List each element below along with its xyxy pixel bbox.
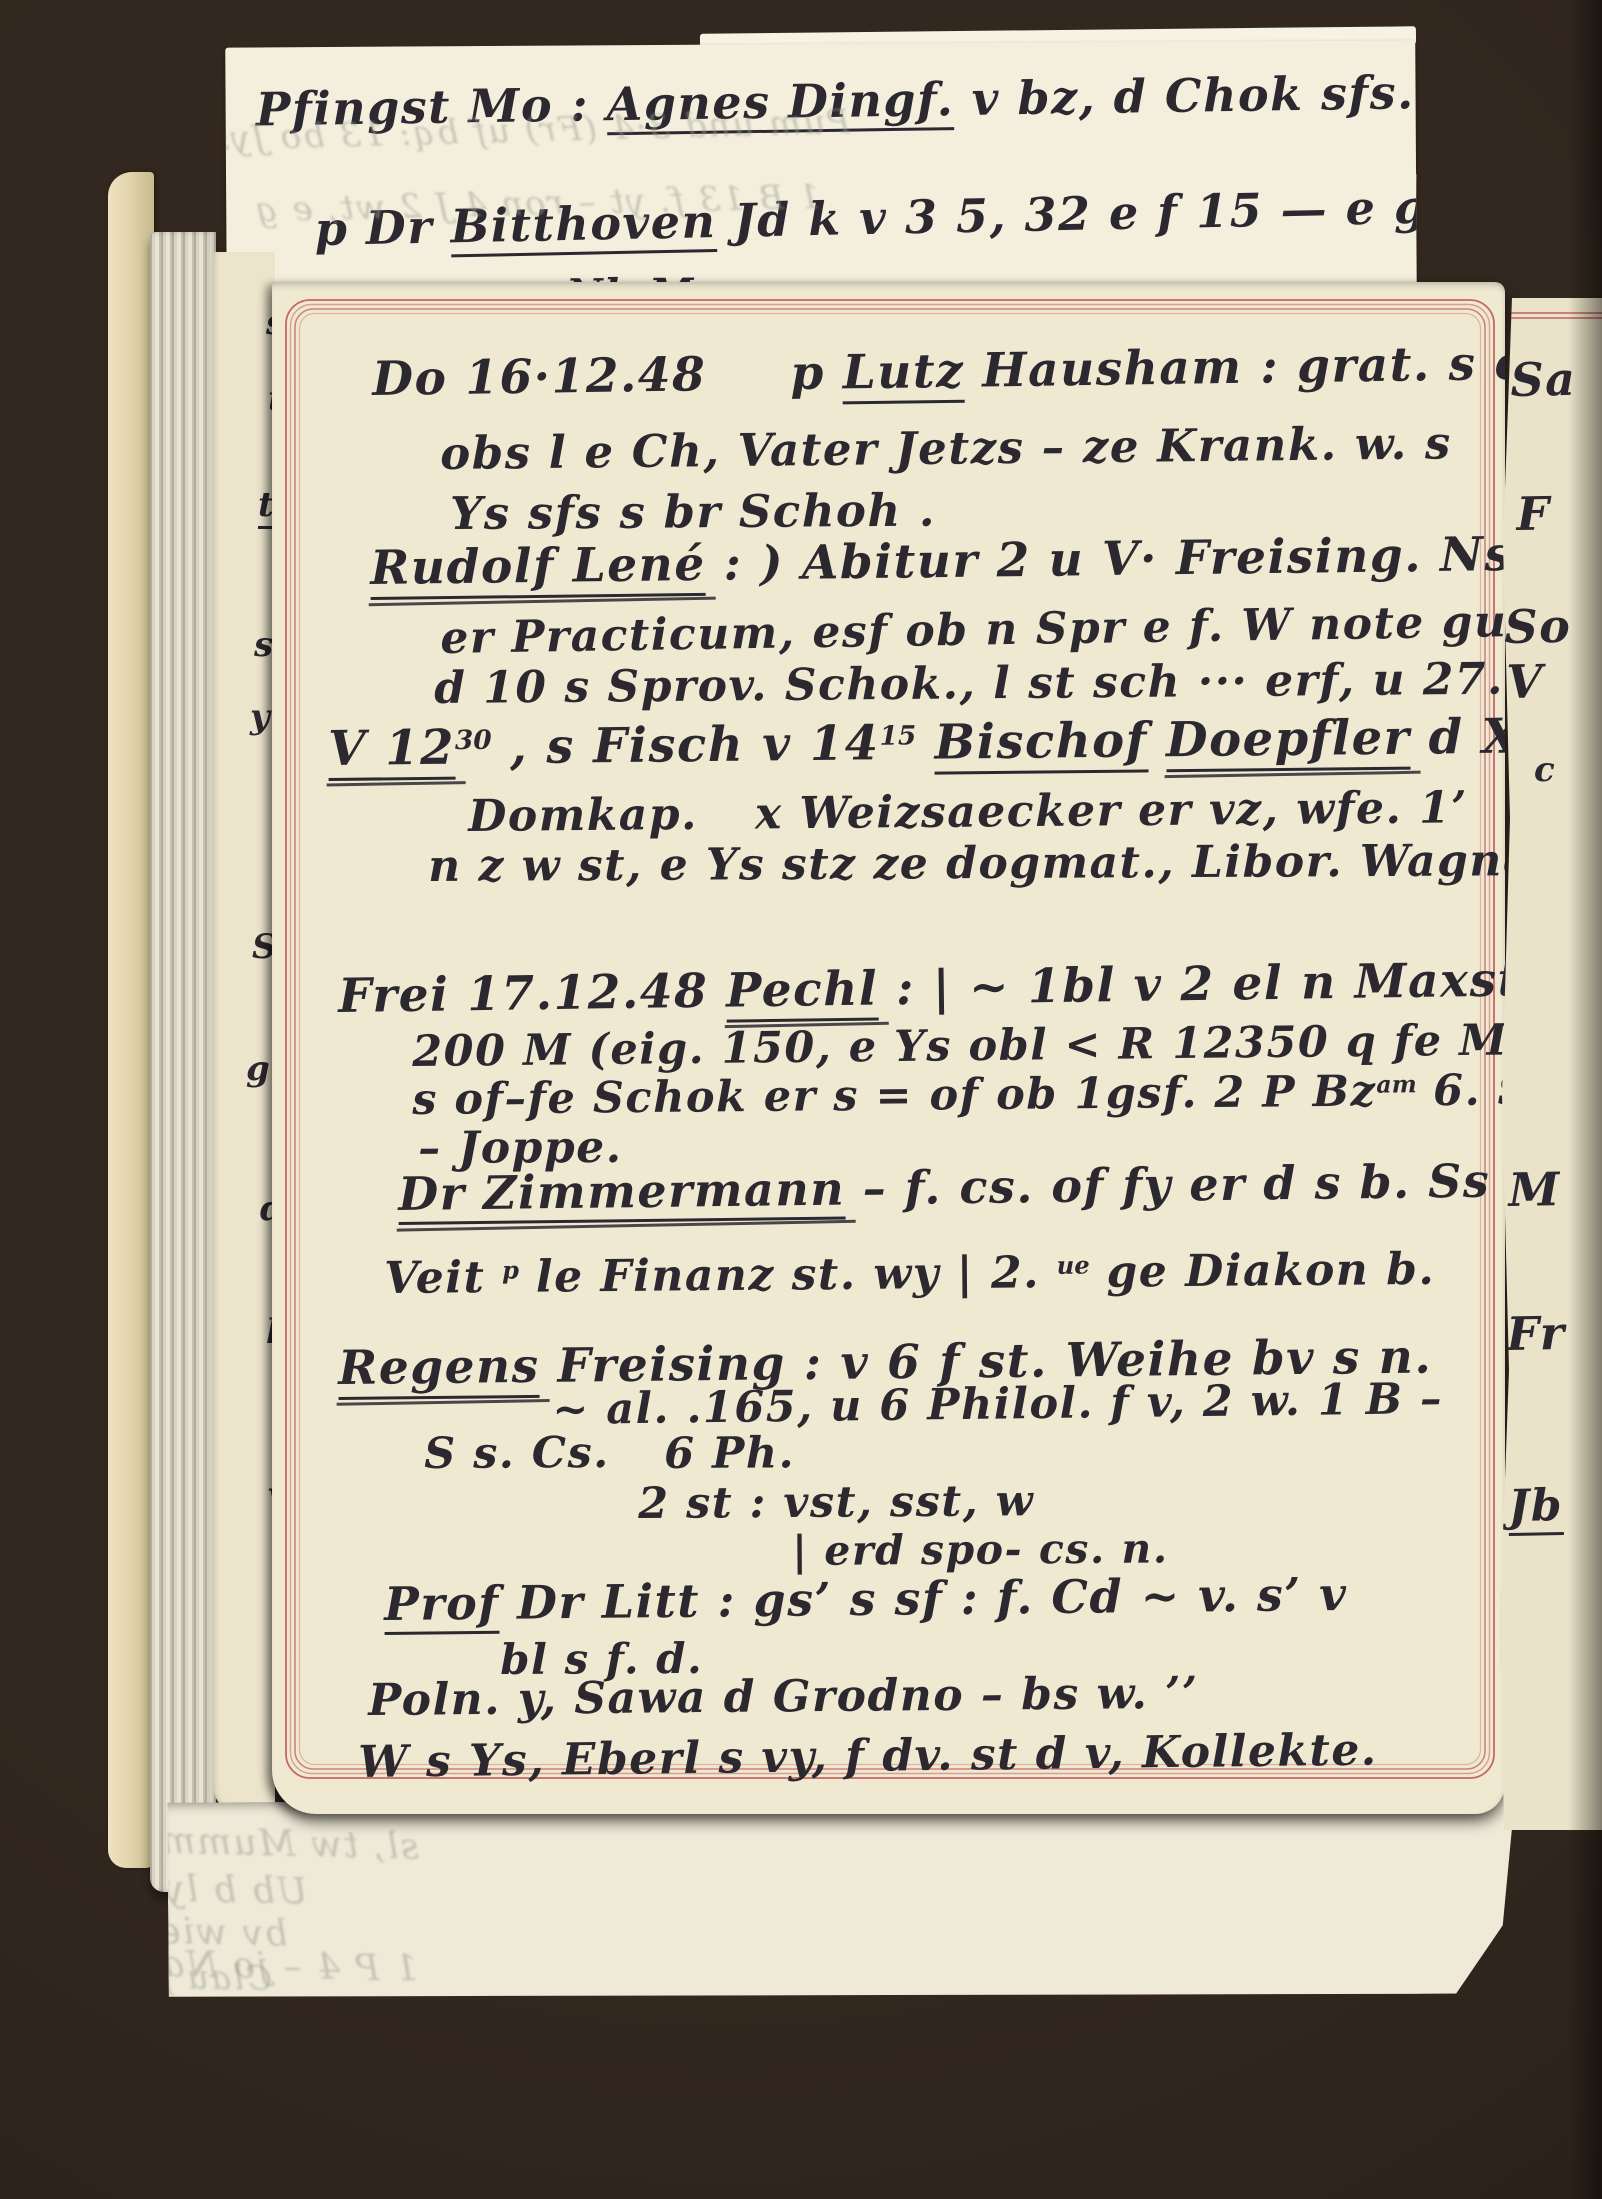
- handwriting-segment: 2 st : vst, sst, w: [638, 1476, 1034, 1529]
- handwriting-segment: Do 16·12.48 p: [372, 345, 843, 407]
- spine-shadow: [1568, 0, 1602, 2199]
- letter-fragment: V: [1506, 657, 1544, 706]
- handwriting-segment: Frei 17.12.48: [338, 964, 726, 1024]
- handwriting-segment: Prof: [384, 1576, 500, 1635]
- handwriting-segment: 15: [879, 720, 916, 751]
- handwritten-line: Prof Dr Litt : gs’ s sf : f. Cd ~ v. s’ …: [384, 1570, 1348, 1628]
- bleed-through-line: Clau fe.: [167, 1959, 272, 1998]
- handwritten-line: 6 Ph.: [664, 1431, 795, 1477]
- handwriting-segment: d XL’: [1410, 708, 1505, 766]
- handwriting-segment: Regens: [338, 1339, 540, 1400]
- handwriting-segment: Domkap. x Weizsaecker er vz, wfe. 1’: [468, 782, 1468, 842]
- handwriting-segment: S s. Cs.: [424, 1428, 610, 1479]
- handwriting-segment: s of–fe Schok er s = of ob 1gsf. 2 P Bz: [412, 1067, 1377, 1125]
- letter-fragment: y: [250, 700, 271, 736]
- handwriting-segment: , s Fisch v 14: [491, 715, 880, 775]
- main-diary-page: Do 16·12.48 p Lutz Hausham : grat. s cs,…: [272, 282, 1505, 1814]
- letter-fragment: Sa: [1510, 355, 1577, 404]
- handwriting-segment: So: [1504, 599, 1572, 654]
- handwritten-line: Domkap. x Weizsaecker er vz, wfe. 1’: [468, 785, 1468, 840]
- handwritten-line: 2 st : vst, sst, w: [638, 1479, 1034, 1527]
- handwriting-segment: 30: [455, 725, 492, 756]
- handwriting-segment: ue: [1057, 1251, 1090, 1280]
- handwritten-line: obs l e Ch, Vater Jetzs – ze Krank. w. s: [440, 419, 1452, 477]
- handwriting-segment: 6. S.: [1416, 1065, 1505, 1116]
- handwriting-segment: g: [246, 1049, 271, 1089]
- bleed-through-line: sl, tw Mummf, yl ju 18 Cafe, Zirschrof, …: [167, 1805, 419, 1867]
- handwriting-segment: Jb: [1508, 1480, 1564, 1536]
- letter-fragment: g: [246, 1052, 271, 1088]
- handwriting-segment: [916, 715, 935, 771]
- page-edges-stack: [150, 232, 216, 1892]
- handwritten-line: W s Ys, Eberl s vy, f dv. st d v, Kollek…: [358, 1728, 1378, 1787]
- handwriting-segment: V 12: [328, 720, 455, 781]
- handwritten-line: Dr Zimmermann – f. cs. of fy er d s b. S…: [398, 1157, 1491, 1219]
- letter-fragment: Jb: [1508, 1483, 1563, 1530]
- handwriting-segment: M: [1508, 1162, 1561, 1217]
- handwriting-segment: Rudolf Lené: [370, 537, 706, 600]
- handwriting-segment: | erd spo- cs. n.: [792, 1524, 1169, 1575]
- handwriting-segment: Hausham : grat. s cs,: [964, 335, 1505, 398]
- letter-fragment: M: [1508, 1165, 1561, 1214]
- bottom-sheet: sl, tw Mummf, yl ju 18 Cafe, Zirschrof, …: [167, 1793, 1516, 2002]
- letter-fragment: c: [1534, 753, 1556, 789]
- handwriting-segment: V: [1506, 654, 1544, 709]
- handwritten-line: ~ al. .165, u 6 Philol. f v, 2 w. 1 B –: [552, 1377, 1443, 1433]
- paper-slip: Pfingst Mo : Agnes Dingf. v bz, d Chok s…: [225, 40, 1417, 297]
- handwriting-segment: v bz, d Chok sfs. Jd h: [954, 63, 1417, 126]
- handwriting-segment: Doepfler: [1166, 710, 1411, 773]
- handwriting-segment: Bischof: [934, 712, 1148, 774]
- handwriting-segment: : | ~ 1bl v 2 el n Maxstr.: [878, 952, 1505, 1017]
- handwriting-segment: c: [1534, 750, 1556, 790]
- handwriting-segment: Ys sfs s br Schoh .: [450, 484, 936, 540]
- handwriting-segment: Jd k v 3 5, 32 e f 15 — e g. R. und: [716, 175, 1417, 248]
- letter-fragment: F: [1516, 489, 1551, 538]
- letter-fragment: So: [1504, 602, 1572, 651]
- previous-page-edge: sttsySgdkv: [213, 252, 275, 1812]
- handwriting-segment: le Finanz st. wy | 2.: [519, 1247, 1057, 1303]
- book-board-edge: [108, 172, 154, 1868]
- handwritten-line: Poln. y, Sawa d Grodno – bs w. ’’: [368, 1671, 1199, 1724]
- handwriting-segment: y: [250, 697, 271, 737]
- handwriting-segment: am: [1376, 1070, 1417, 1098]
- handwriting-segment: Dr Litt : gs’ s sf : f. Cd ~ v. s’ v: [499, 1567, 1348, 1630]
- handwritten-line: s of–fe Schok er s = of ob 1gsf. 2 P Bza…: [412, 1068, 1505, 1123]
- handwritten-line: Rudolf Lené : ) Abitur 2 u V· Freising. …: [370, 529, 1505, 593]
- handwriting-segment: – f. cs. of fy er d s b. Ss: [845, 1154, 1491, 1216]
- handwriting-segment: Dr Zimmermann: [398, 1162, 846, 1225]
- handwritten-line: d 10 s Sprov. Schok., l st sch ··· erf, …: [434, 657, 1504, 713]
- handwriting-segment: ge Diakon b.: [1089, 1244, 1435, 1298]
- diary-scan: { "document": { "type": "handwritten-dia…: [0, 0, 1602, 2199]
- handwriting-segment: [1147, 712, 1166, 768]
- handwriting-segment: : ) Abitur 2 u V· Freising. Ns ds,: [705, 526, 1505, 592]
- handwritten-line: | erd spo- cs. n.: [792, 1527, 1169, 1573]
- handwriting-segment: n z w st, e Ys stz ze dogmat., Libor. Wa…: [428, 835, 1505, 892]
- handwritten-line: S s. Cs.: [424, 1431, 610, 1477]
- handwriting-segment: p: [502, 1256, 519, 1285]
- handwriting-segment: Clau fe.: [167, 1956, 272, 1999]
- handwritten-line: n z w st, e Ys stz ze dogmat., Libor. Wa…: [428, 838, 1505, 890]
- handwriting-segment: obs l e Ch, Vater Jetzs – ze Krank. w. s: [440, 416, 1452, 480]
- letter-fragment: Fr: [1506, 1309, 1566, 1358]
- handwriting-segment: 6 Ph.: [664, 1428, 795, 1479]
- handwritten-line: V 1230 , s Fisch v 1415 Bischof Doepfler…: [328, 711, 1505, 774]
- handwriting-segment: Veit: [384, 1252, 502, 1304]
- handwritten-line: Veit p le Finanz st. wy | 2. ue ge Diako…: [384, 1247, 1435, 1302]
- handwritten-line: Ys sfs s br Schoh .: [450, 487, 936, 538]
- handwriting-segment: F: [1516, 486, 1551, 541]
- handwriting-segment: Fr: [1506, 1306, 1566, 1361]
- handwriting-segment: Pechl: [726, 961, 879, 1022]
- handwriting-segment: Poln. y, Sawa d Grodno – bs w. ’’: [368, 1668, 1199, 1726]
- handwriting-segment: d 10 s Sprov. Schok., l st sch ··· erf, …: [434, 654, 1504, 714]
- handwriting-segment: Lutz: [842, 344, 964, 405]
- handwriting-segment: Sa: [1510, 352, 1577, 407]
